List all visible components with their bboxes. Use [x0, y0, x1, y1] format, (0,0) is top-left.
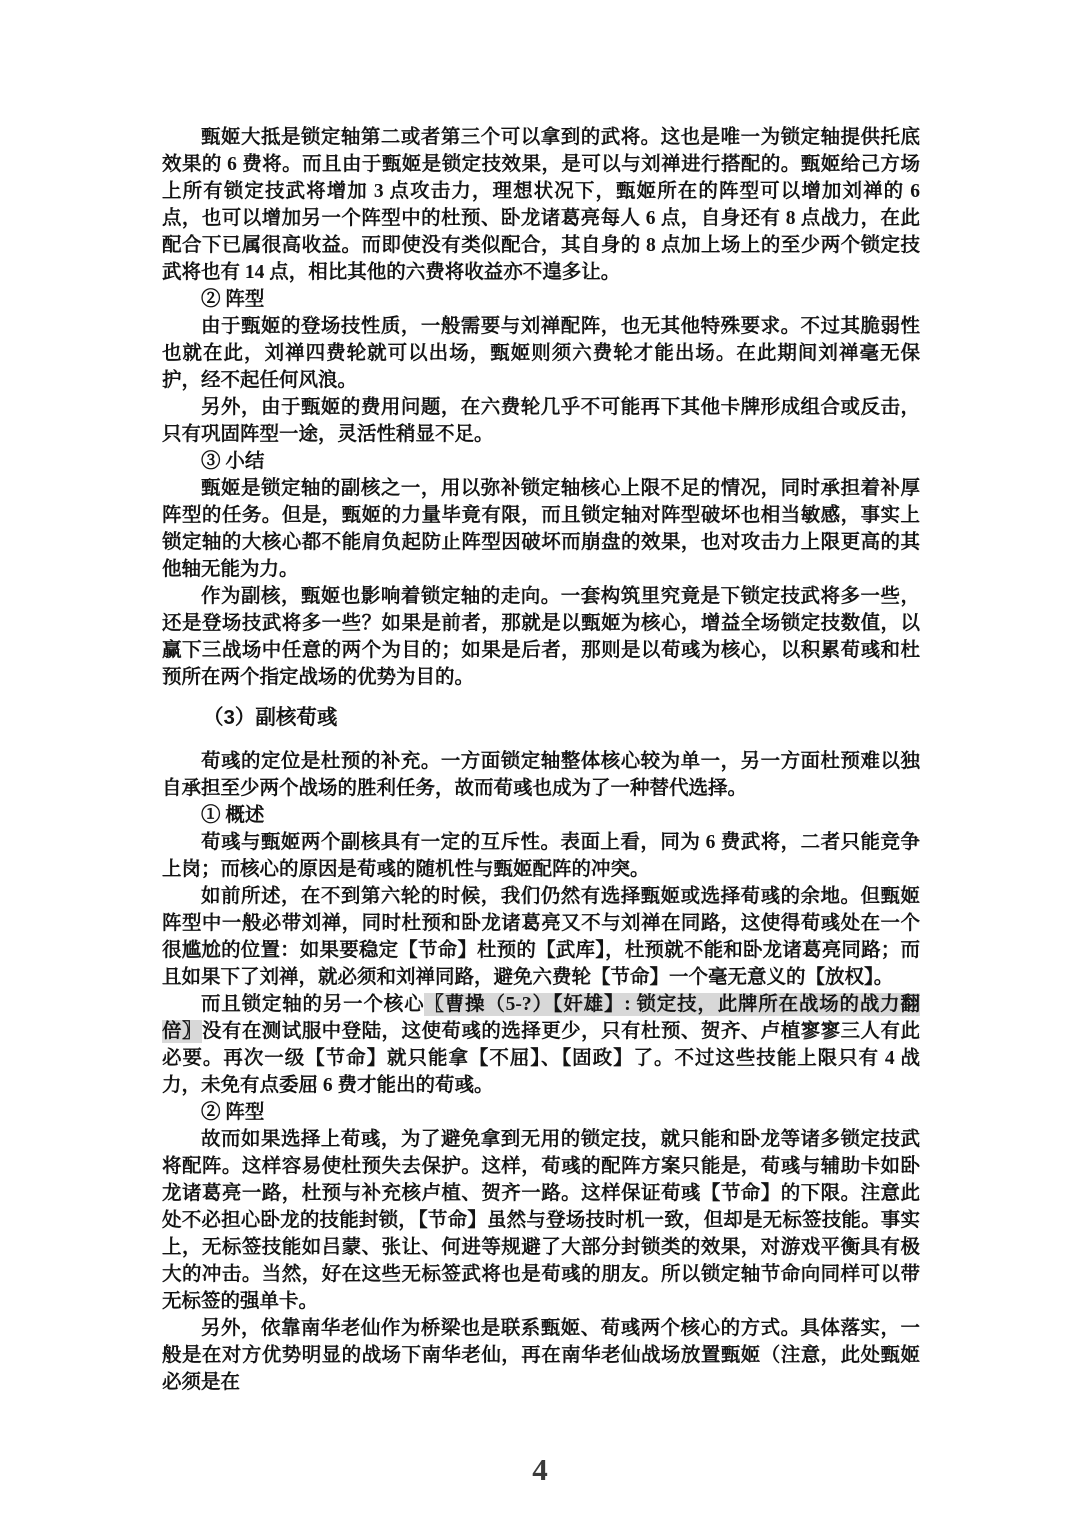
sub-heading: ② 阵型 [162, 1099, 920, 1126]
text-run: 没有在测试服中登陆，这使荀彧的选择更少，只有杜预、贺齐、卢植寥寥三人有此必要。再… [162, 1021, 920, 1096]
page-number: 4 [0, 1450, 1080, 1490]
section-heading: （3）副核荀彧 [162, 704, 920, 731]
paragraph: 荀彧与甄姬两个副核具有一定的互斥性。表面上看，同为 6 费武将，二者只能竞争上岗… [162, 829, 920, 883]
paragraph: 荀彧的定位是杜预的补充。一方面锁定轴整体核心较为单一，另一方面杜预难以独自承担至… [162, 748, 920, 802]
paragraph: 另外，依靠南华老仙作为桥梁也是联系甄姬、荀彧两个核心的方式。具体落实，一般是在对… [162, 1315, 920, 1396]
paragraph: 另外，由于甄姬的费用问题，在六费轮几乎不可能再下其他卡牌形成组合或反击，只有巩固… [162, 394, 920, 448]
paragraph: 作为副核，甄姬也影响着锁定轴的走向。一套构筑里究竟是下锁定技武将多一些，还是登场… [162, 583, 920, 691]
sub-heading: ① 概述 [162, 802, 920, 829]
sub-heading: ② 阵型 [162, 286, 920, 313]
text-run: 而且锁定轴的另一个核心 [201, 994, 424, 1015]
sub-heading: ③ 小结 [162, 448, 920, 475]
paragraph: 而且锁定轴的另一个核心〖曹操（5-?）【奸雄】: 锁定技，此牌所在战场的战力翻倍… [162, 991, 920, 1099]
paragraph: 甄姬大抵是锁定轴第二或者第三个可以拿到的武将。这也是唯一为锁定轴提供托底效果的 … [162, 124, 920, 286]
document-body: 甄姬大抵是锁定轴第二或者第三个可以拿到的武将。这也是唯一为锁定轴提供托底效果的 … [162, 124, 920, 1396]
paragraph: 如前所述，在不到第六轮的时候，我们仍然有选择甄姬或选择荀彧的余地。但甄姬阵型中一… [162, 883, 920, 991]
document-page: 甄姬大抵是锁定轴第二或者第三个可以拿到的武将。这也是唯一为锁定轴提供托底效果的 … [0, 0, 1080, 1527]
paragraph: 甄姬是锁定轴的副核之一，用以弥补锁定轴核心上限不足的情况，同时承担着补厚阵型的任… [162, 475, 920, 583]
paragraph: 由于甄姬的登场技性质，一般需要与刘禅配阵，也无其他特殊要求。不过其脆弱性也就在此… [162, 313, 920, 394]
paragraph: 故而如果选择上荀彧，为了避免拿到无用的锁定技，就只能和卧龙等诸多锁定技武将配阵。… [162, 1126, 920, 1315]
